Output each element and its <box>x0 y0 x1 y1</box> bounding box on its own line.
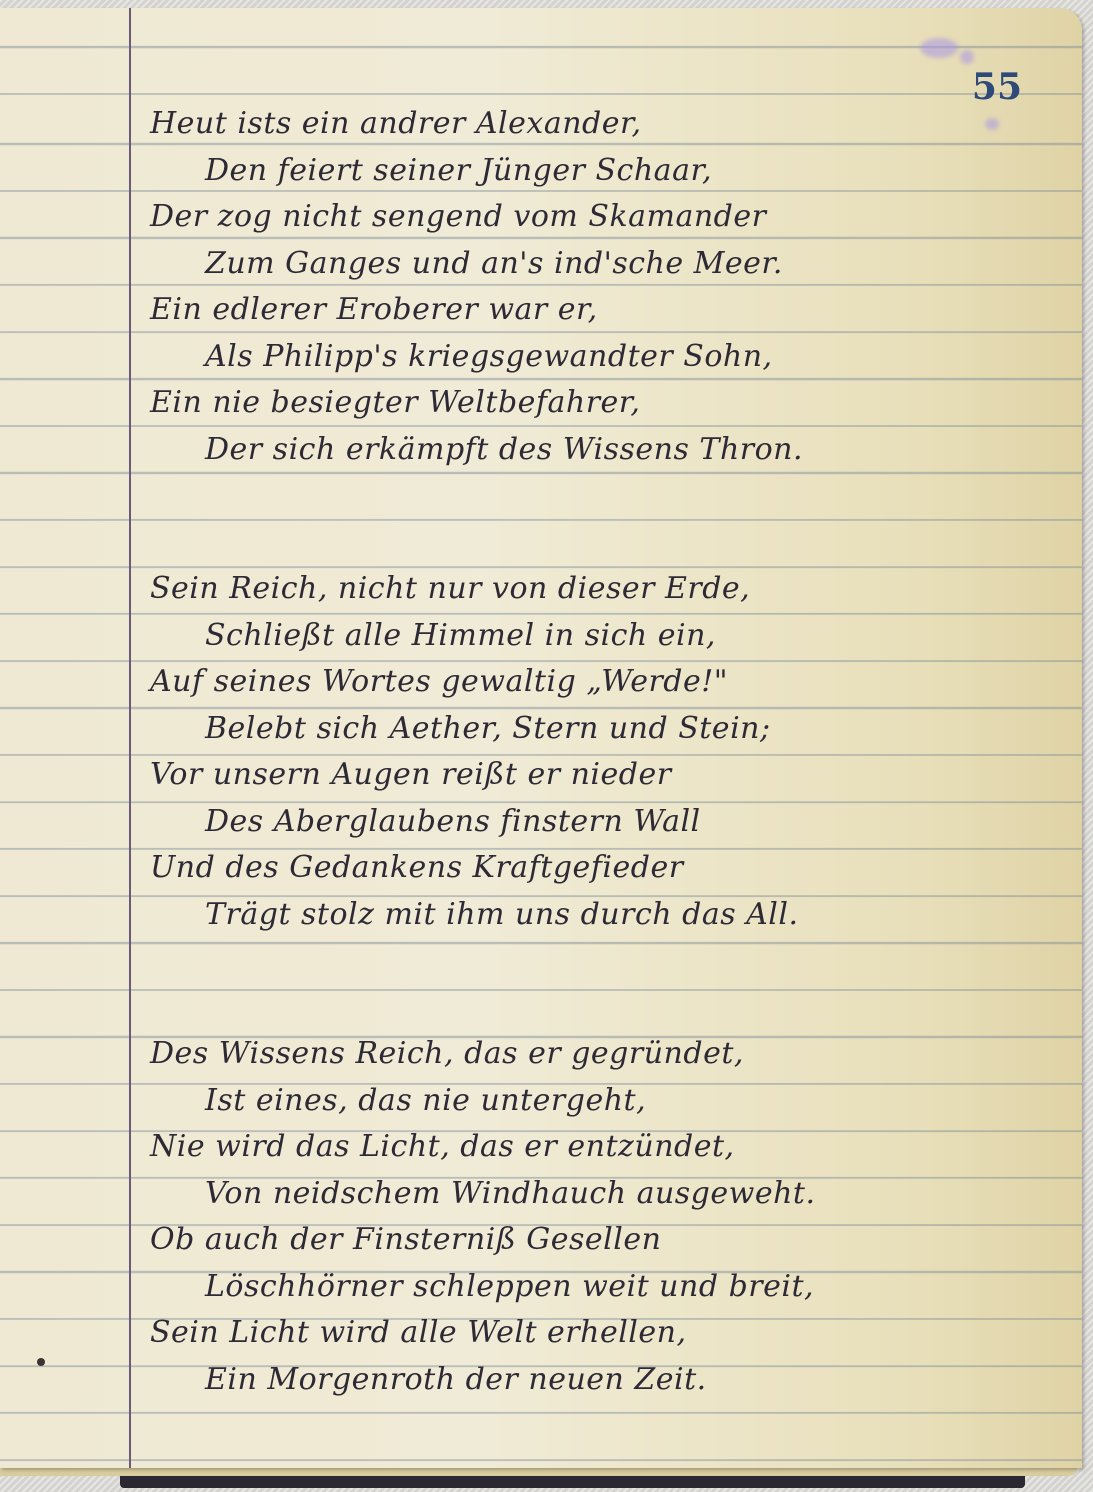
poem-line: Zum Ganges und an's ind'sche Meer. <box>150 241 1042 288</box>
poem-line: Ob auch der Finsterniß Gesellen <box>150 1217 1042 1264</box>
poem-line: Vor unsern Augen reißt er nieder <box>150 752 1042 799</box>
poem: Heut ists ein andrer Alexander, Den feie… <box>150 101 1042 1403</box>
notebook-page: 55 Heut ists ein andrer Alexander, Den f… <box>0 8 1082 1468</box>
poem-line: Nie wird das Licht, das er entzündet, <box>150 1124 1042 1171</box>
poem-line: Des Wissens Reich, das er gegründet, <box>150 1031 1042 1078</box>
poem-line: Ist eines, das nie untergeht, <box>150 1078 1042 1125</box>
poem-line: Des Aberglaubens finstern Wall <box>150 799 1042 846</box>
poem-line: Trägt stolz mit ihm uns durch das All. <box>150 892 1042 939</box>
poem-line: Der zog nicht sengend vom Skamander <box>150 194 1042 241</box>
stanza-gap <box>150 938 1042 1031</box>
poem-line: Der sich erkämpft des Wissens Thron. <box>150 427 1042 474</box>
poem-line: Ein edlerer Eroberer war er, <box>150 287 1042 334</box>
poem-line: Sein Reich, nicht nur von dieser Erde, <box>150 566 1042 613</box>
poem-line: Belebt sich Aether, Stern und Stein; <box>150 706 1042 753</box>
poem-line: Und des Gedankens Kraftgefieder <box>150 845 1042 892</box>
poem-line: Ein Morgenroth der neuen Zeit. <box>150 1357 1042 1404</box>
margin-line <box>129 8 131 1468</box>
stanza-gap <box>150 473 1042 566</box>
poem-line: Auf seines Wortes gewaltig „Werde!" <box>150 659 1042 706</box>
ink-dot <box>37 1358 45 1366</box>
poem-line: Den feiert seiner Jünger Schaar, <box>150 148 1042 195</box>
poem-line: Heut ists ein andrer Alexander, <box>150 101 1042 148</box>
poem-line: Schließt alle Himmel in sich ein, <box>150 613 1042 660</box>
stanza-1: Heut ists ein andrer Alexander, Den feie… <box>150 101 1042 473</box>
poem-line: Von neidschem Windhauch ausgeweht. <box>150 1171 1042 1218</box>
stanza-2: Sein Reich, nicht nur von dieser Erde, S… <box>150 566 1042 938</box>
stanza-3: Des Wissens Reich, das er gegründet, Ist… <box>150 1031 1042 1403</box>
poem-line: Löschhörner schleppen weit und breit, <box>150 1264 1042 1311</box>
poem-line: Ein nie besiegter Weltbefahrer, <box>150 380 1042 427</box>
poem-line: Sein Licht wird alle Welt erhellen, <box>150 1310 1042 1357</box>
ink-smudge <box>920 38 958 58</box>
poem-line: Als Philipp's kriegsgewandter Sohn, <box>150 334 1042 381</box>
ink-smudge <box>960 50 974 64</box>
